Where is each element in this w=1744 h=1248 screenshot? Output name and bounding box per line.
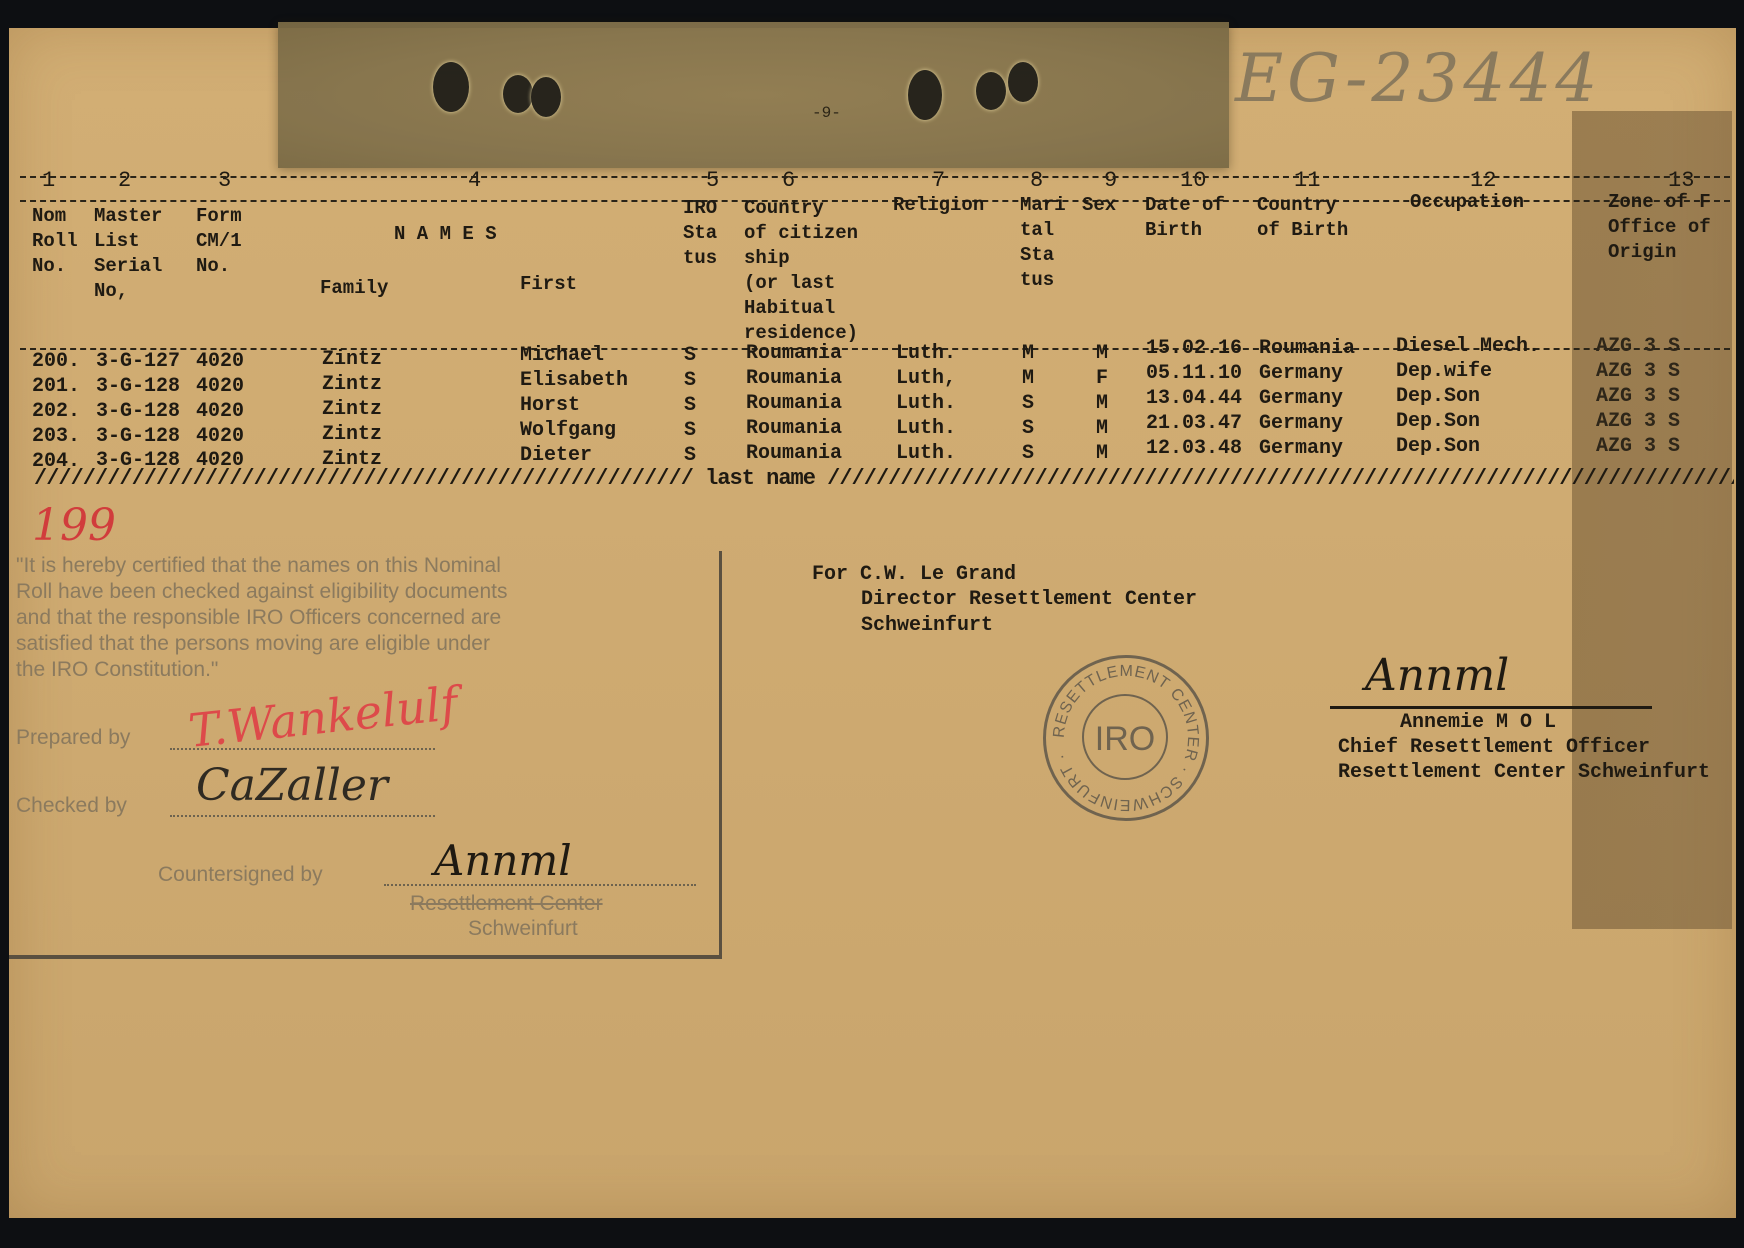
header-iro-status: IRO Sta tus (683, 196, 717, 271)
cell-zone: AZG 3 S (1596, 335, 1680, 359)
cell-citizenship: Roumania (746, 442, 842, 466)
end-of-list-marker: ////////////////////////////////////////… (34, 466, 1734, 491)
cell-dob: 21.03.47 (1146, 412, 1242, 436)
header-first: First (520, 272, 577, 297)
column-number: 10 (1180, 168, 1206, 193)
cell-religion: Luth. (896, 417, 956, 441)
cell-first: Horst (520, 394, 580, 418)
header-occupation: Occupation (1410, 190, 1524, 215)
cell-first: Dieter (520, 444, 592, 468)
hash-fill: ////////////////////////////////////////… (815, 466, 1734, 491)
cell-dob: 15.02.16 (1146, 337, 1242, 361)
cell-serial: 3-G-127 (96, 350, 180, 374)
cell-marital: M (1022, 367, 1034, 391)
cell-marital: S (1022, 417, 1034, 441)
cell-form: 4020 (196, 350, 244, 374)
cell-iro: S (684, 344, 696, 368)
checked-by-label: Checked by (16, 793, 127, 819)
cell-nom: 201. (32, 375, 80, 399)
column-number: 1 (42, 168, 55, 193)
cell-sex: M (1096, 417, 1108, 441)
cell-sex: M (1096, 342, 1108, 366)
cell-first: Michael (520, 344, 604, 368)
cell-occupation: Dep.wife (1396, 360, 1492, 384)
cell-serial: 3-G-128 (96, 425, 180, 449)
cell-zone: AZG 3 S (1596, 360, 1680, 384)
cell-form: 4020 (196, 425, 244, 449)
handwritten-count: 199 (32, 500, 116, 551)
cell-zone: AZG 3 S (1596, 385, 1680, 409)
cell-serial: 3-G-128 (96, 400, 180, 424)
iro-stamp: IRO RESETTLEMENT CENTER · SCHWEINFURT · (1043, 655, 1209, 821)
cell-occupation: Diesel Mech. (1396, 335, 1540, 359)
countersigned-org-line2: Schweinfurt (468, 916, 578, 942)
punch-hole (976, 72, 1006, 110)
cell-sex: F (1096, 367, 1108, 391)
cell-dob: 13.04.44 (1146, 387, 1242, 411)
cell-religion: Luth. (896, 392, 956, 416)
cell-occupation: Dep.Son (1396, 385, 1480, 409)
punch-hole (1008, 62, 1038, 102)
cell-iro: S (684, 444, 696, 468)
column-number: 9 (1104, 168, 1117, 193)
cell-religion: Luth. (896, 342, 956, 366)
chief-org: Resettlement Center Schweinfurt (1338, 761, 1710, 785)
chief-name: Annemie M O L (1400, 711, 1556, 735)
punch-hole (503, 75, 533, 113)
column-number: 5 (706, 168, 719, 193)
countersigned-signature: Annml (434, 836, 572, 885)
cell-iro: S (684, 369, 696, 393)
cell-marital: S (1022, 442, 1034, 466)
cell-birth-country: Germany (1259, 362, 1343, 386)
header-family: Family (320, 276, 388, 301)
header-marital: Mari tal Sta tus (1020, 193, 1066, 293)
cell-nom: 200. (32, 350, 80, 374)
director-line1: For C.W. Le Grand (812, 563, 1016, 587)
cell-sex: M (1096, 442, 1108, 466)
header-rule-top (20, 176, 1730, 178)
header-names: N A M E S (394, 222, 497, 247)
hash-fill: ////////////////////////////////////////… (34, 466, 705, 491)
cell-iro: S (684, 394, 696, 418)
header-form: Form CM/1 No. (196, 204, 242, 279)
cell-form: 4020 (196, 375, 244, 399)
countersigned-org-line1: Resettlement Center (410, 891, 603, 917)
chief-title: Chief Resettlement Officer (1338, 736, 1650, 760)
cell-birth-country: Germany (1259, 437, 1343, 461)
cell-family: Zintz (322, 373, 382, 397)
cell-religion: Luth. (896, 442, 956, 466)
checked-by-signature: CaZaller (196, 760, 388, 811)
header-zone: Zone of F Office of Origin (1608, 190, 1711, 265)
prepared-by-label: Prepared by (16, 725, 130, 751)
column-number: 3 (218, 168, 231, 193)
chief-signature: Annml (1365, 650, 1509, 701)
cell-citizenship: Roumania (746, 367, 842, 391)
cell-citizenship: Roumania (746, 342, 842, 366)
cell-serial: 3-G-128 (96, 375, 180, 399)
stamp-ring-text: RESETTLEMENT CENTER · SCHWEINFURT · (1046, 658, 1206, 818)
cell-occupation: Dep.Son (1396, 435, 1480, 459)
cell-birth-country: Germany (1259, 412, 1343, 436)
cell-marital: S (1022, 392, 1034, 416)
director-line3: Schweinfurt (861, 614, 993, 638)
header-master-list: Master List Serial No, (94, 204, 162, 304)
cell-citizenship: Roumania (746, 417, 842, 441)
punch-hole (531, 77, 561, 117)
page-number: -9- (812, 104, 841, 122)
header-religion: Religion (893, 193, 984, 218)
cell-citizenship: Roumania (746, 392, 842, 416)
cell-religion: Luth, (896, 367, 956, 391)
header-citizenship: Country of citizen ship (or last Habitua… (744, 196, 858, 346)
punch-hole (908, 70, 942, 120)
cell-family: Zintz (322, 348, 382, 372)
column-number: 8 (1030, 168, 1043, 193)
countersigned-by-label: Countersigned by (158, 862, 323, 888)
end-marker-label: last name (705, 466, 815, 491)
cell-family: Zintz (322, 398, 382, 422)
column-number: 4 (468, 168, 481, 193)
chief-signature-line (1330, 706, 1652, 709)
file-reference: EG-23444 (1235, 40, 1601, 117)
column-number: 6 (782, 168, 795, 193)
cell-first: Wolfgang (520, 419, 616, 443)
cell-first: Elisabeth (520, 369, 628, 393)
cell-iro: S (684, 419, 696, 443)
header-sex: Sex (1082, 193, 1116, 218)
cell-family: Zintz (322, 423, 382, 447)
column-number: 2 (118, 168, 131, 193)
punch-hole (433, 62, 469, 112)
svg-text:RESETTLEMENT CENTER · SCHWEINF: RESETTLEMENT CENTER · SCHWEINFURT · (1051, 663, 1201, 813)
cell-birth-country: Roumania (1259, 337, 1355, 361)
certificate-text: "It is hereby certified that the names o… (16, 553, 706, 683)
cell-marital: M (1022, 342, 1034, 366)
column-number: 7 (932, 168, 945, 193)
header-dob: Date of Birth (1145, 193, 1225, 243)
header-nom-roll: Nom Roll No. (32, 204, 78, 279)
cell-form: 4020 (196, 400, 244, 424)
cell-zone: AZG 3 S (1596, 435, 1680, 459)
column-number: 11 (1294, 168, 1320, 193)
cell-sex: M (1096, 392, 1108, 416)
cell-dob: 12.03.48 (1146, 437, 1242, 461)
checked-by-line (170, 815, 435, 817)
mounting-strip (278, 22, 1229, 168)
cell-nom: 202. (32, 400, 80, 424)
cell-zone: AZG 3 S (1596, 410, 1680, 434)
director-line2: Director Resettlement Center (861, 588, 1197, 612)
cell-nom: 203. (32, 425, 80, 449)
header-birth-country: Country of Birth (1257, 193, 1348, 243)
cell-dob: 05.11.10 (1146, 362, 1242, 386)
cell-birth-country: Germany (1259, 387, 1343, 411)
cell-occupation: Dep.Son (1396, 410, 1480, 434)
